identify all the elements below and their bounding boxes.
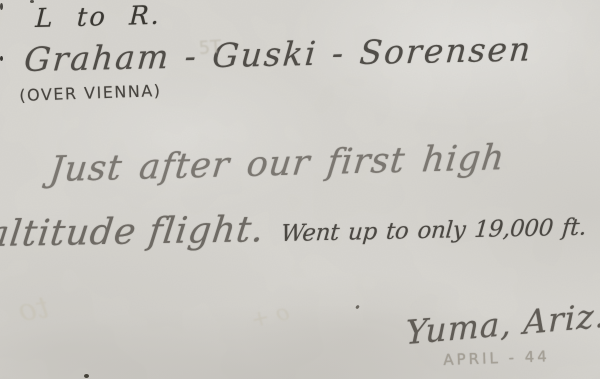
caption-date: APRIL - 44 — [443, 347, 550, 369]
edge-speck — [84, 374, 89, 378]
faint-stamp-fragment: 5T — [198, 36, 222, 59]
bleed-through-mark-left: to — [16, 290, 51, 329]
photo-back-note: L to R. Graham - Guski - Sorensen (OVER … — [0, 0, 600, 379]
caption-message-line-2-left: altitude flight. — [0, 209, 267, 255]
edge-speck — [0, 56, 3, 61]
edge-speck — [0, 3, 3, 10]
caption-l-to-r: L to R. — [35, 1, 162, 34]
edge-speck — [30, 0, 34, 3]
